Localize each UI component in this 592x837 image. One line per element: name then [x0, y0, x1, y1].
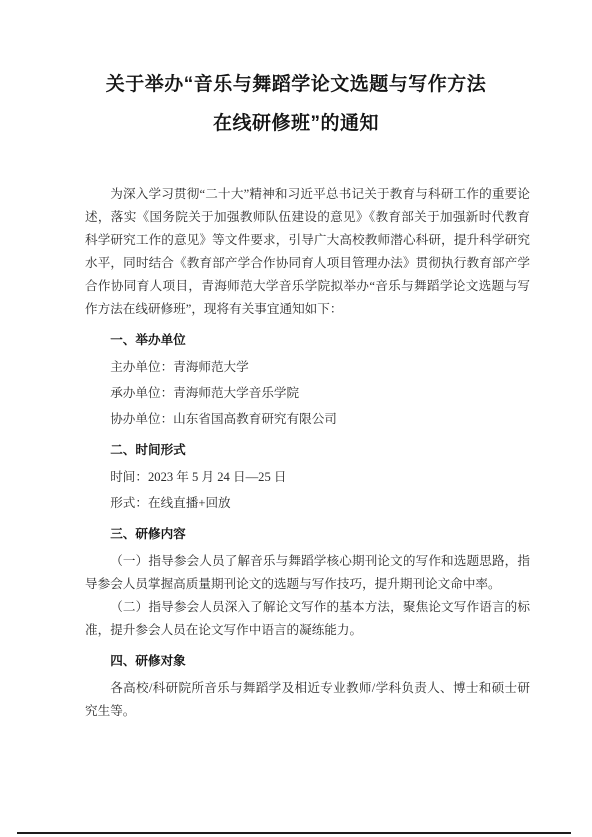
format-item: 形式：在线直播+回放 — [85, 492, 530, 515]
organizer-undertaker: 承办单位：青海师范大学音乐学院 — [85, 382, 530, 405]
section-heading-time-format: 二、时间形式 — [85, 439, 530, 462]
document-title: 关于举办“音乐与舞蹈学论文选题与写作方法 在线研修班”的通知 — [0, 65, 592, 143]
training-content-point-1: （一）指导参会人员了解音乐与舞蹈学核心期刊论文的写作和选题思路，指导参会人员掌握… — [85, 550, 530, 596]
section-heading-training-content: 三、研修内容 — [85, 523, 530, 546]
section-time-format: 二、时间形式 时间：2023 年 5 月 24 日—25 日 形式：在线直播+回… — [85, 439, 530, 515]
document-title-line2: 在线研修班”的通知 — [0, 104, 592, 143]
intro-paragraph: 为深入学习贯彻“二十大”精神和习近平总书记关于教育与科研工作的重要论述，落实《国… — [85, 183, 530, 321]
training-content-point-2: （二）指导参会人员深入了解论文写作的基本方法，聚焦论文写作语言的标准，提升参会人… — [85, 596, 530, 642]
page-bottom-edge-line — [17, 832, 571, 834]
organizer-host: 主办单位：青海师范大学 — [85, 356, 530, 379]
section-heading-target-audience: 四、研修对象 — [85, 650, 530, 673]
section-target-audience: 四、研修对象 各高校/科研院所音乐与舞蹈学及相近专业教师/学科负责人、博士和硕士… — [85, 650, 530, 723]
document-body: 为深入学习贯彻“二十大”精神和习近平总书记关于教育与科研工作的重要论述，落实《国… — [85, 183, 530, 723]
document-title-line1: 关于举办“音乐与舞蹈学论文选题与写作方法 — [0, 65, 592, 104]
target-audience-paragraph: 各高校/科研院所音乐与舞蹈学及相近专业教师/学科负责人、博士和硕士研究生等。 — [85, 677, 530, 723]
notice-document-page: 关于举办“音乐与舞蹈学论文选题与写作方法 在线研修班”的通知 为深入学习贯彻“二… — [0, 0, 592, 837]
section-organizers: 一、举办单位 主办单位：青海师范大学 承办单位：青海师范大学音乐学院 协办单位：… — [85, 329, 530, 431]
section-heading-organizers: 一、举办单位 — [85, 329, 530, 352]
time-item: 时间：2023 年 5 月 24 日—25 日 — [85, 466, 530, 489]
section-training-content: 三、研修内容 （一）指导参会人员了解音乐与舞蹈学核心期刊论文的写作和选题思路，指… — [85, 523, 530, 642]
organizer-coorganizer: 协办单位：山东省国高教育研究有限公司 — [85, 408, 530, 431]
